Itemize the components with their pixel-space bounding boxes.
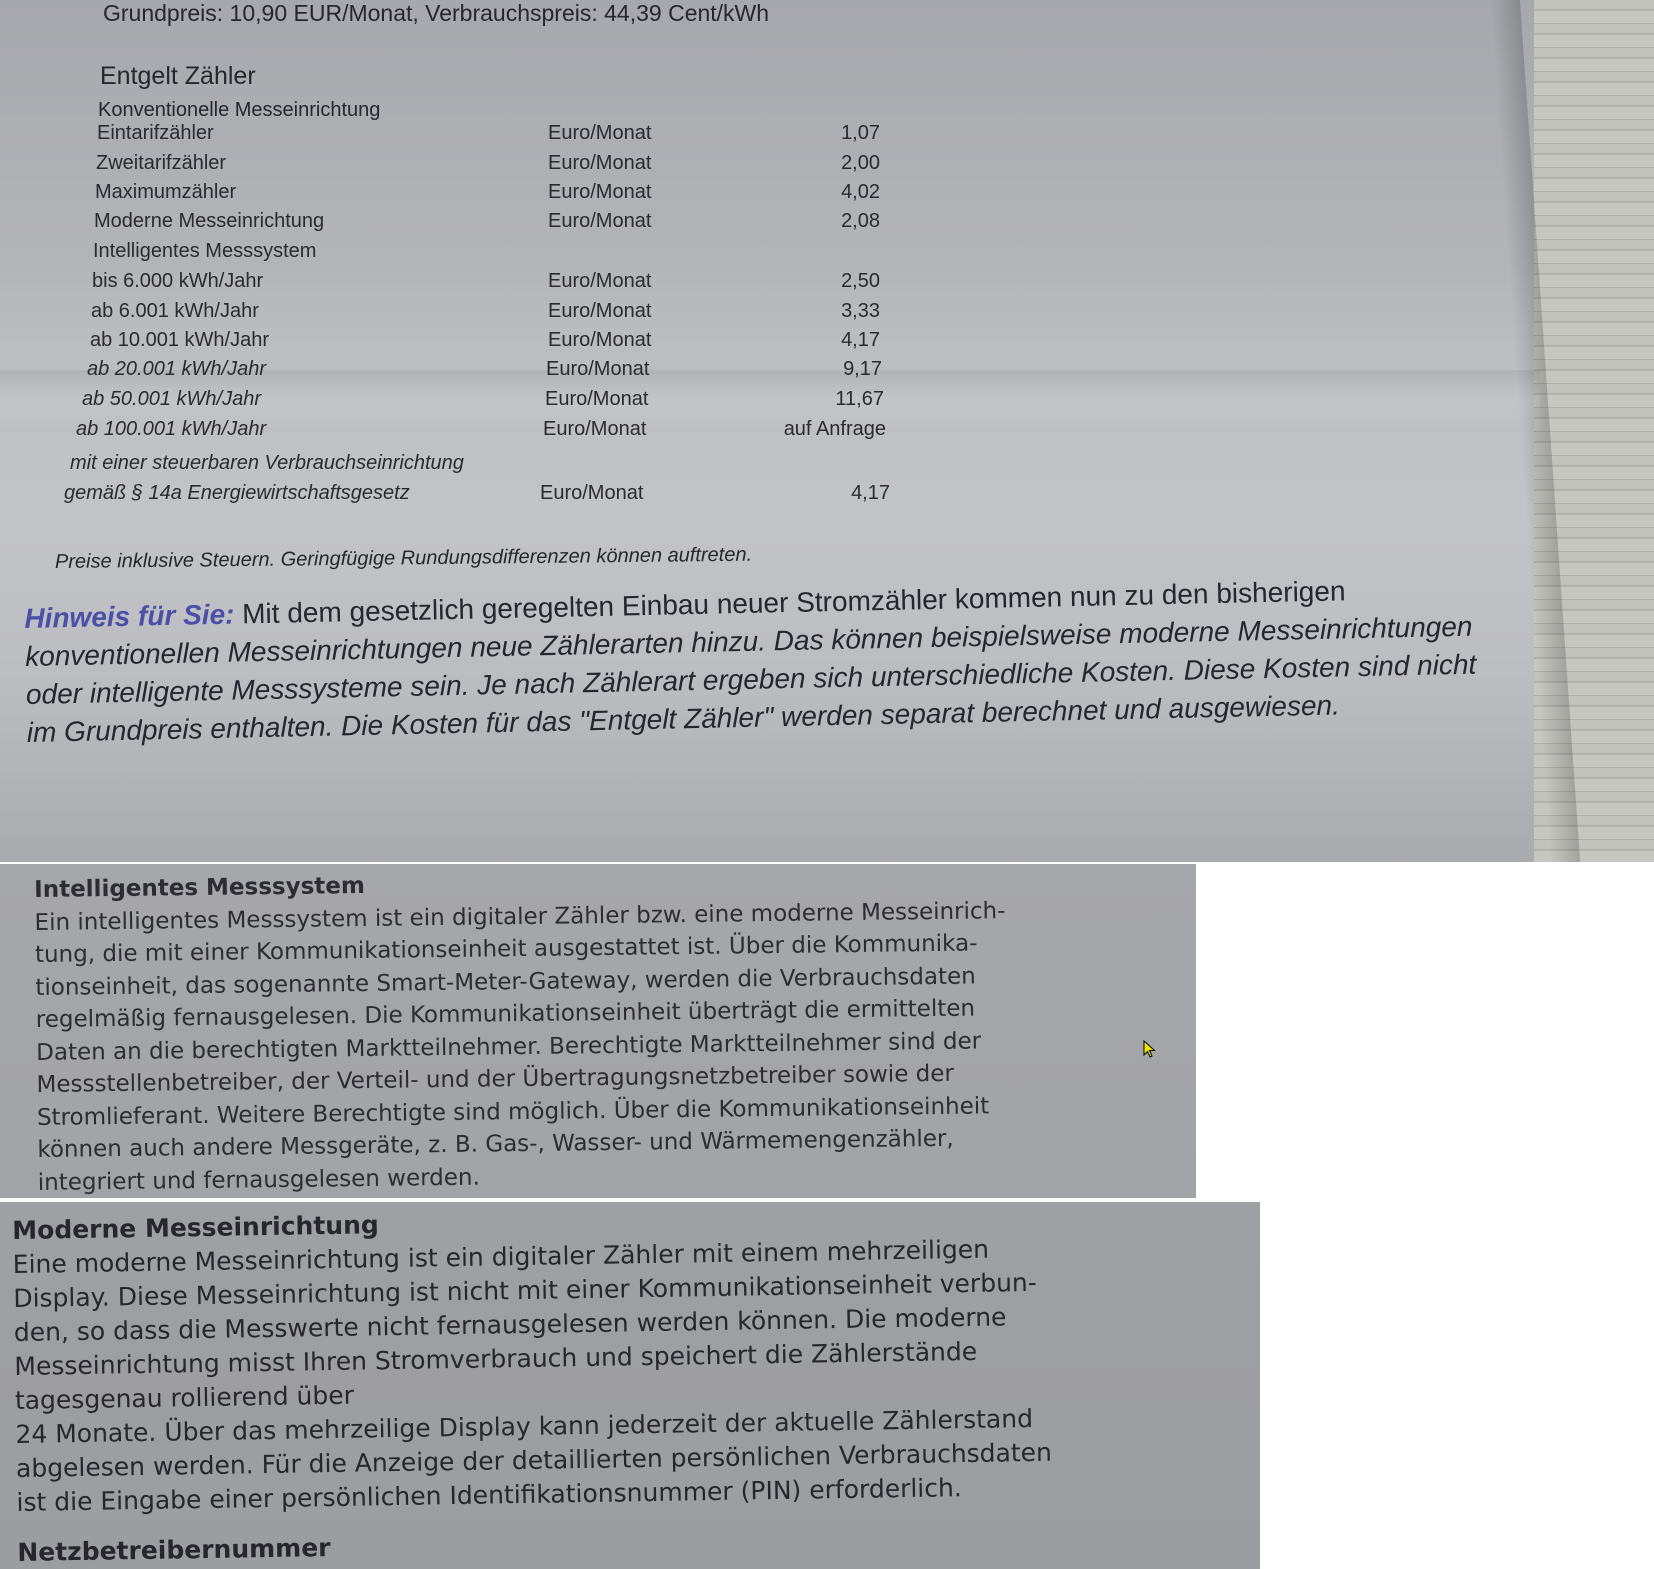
table-row: ab 6.001 kWh/JahrEuro/Monat3,33 [0, 300, 950, 328]
conventional-subheading: Konventionelle Messeinrichtung [98, 99, 380, 122]
row-label: Moderne Messeinrichtung [94, 210, 324, 233]
table-row: mit einer steuerbaren Verbrauchseinricht… [0, 452, 950, 480]
row-value: 4,02 [730, 181, 880, 204]
table-row: Moderne MesseinrichtungEuro/Monat2,08 [0, 210, 950, 238]
row-unit: Euro/Monat [548, 210, 651, 233]
row-label: bis 6.000 kWh/Jahr [92, 270, 263, 293]
row-label: Zweitarifzähler [96, 152, 226, 175]
meter-fee-heading: Entgelt Zähler [100, 62, 256, 91]
row-value: 1,07 [730, 122, 880, 145]
row-value: 4,17 [740, 482, 890, 505]
row-value: 3,33 [730, 300, 880, 323]
row-value: 11,67 [734, 388, 884, 411]
row-label: ab 6.001 kWh/Jahr [91, 300, 259, 323]
intelligent-system-text: Ein intelligentes Messsystem ist ein dig… [34, 892, 1196, 1198]
row-unit: Euro/Monat [543, 418, 646, 441]
row-label: ab 100.001 kWh/Jahr [76, 418, 266, 441]
row-label: mit einer steuerbaren Verbrauchseinricht… [70, 452, 464, 475]
row-value: 2,00 [730, 152, 880, 175]
table-row: Intelligentes Messsystem [0, 240, 950, 268]
row-value: 2,08 [730, 210, 880, 233]
network-operator-number-heading: Netzbetreibernummer [17, 1516, 1257, 1569]
row-label: Intelligentes Messsystem [93, 240, 316, 263]
row-unit: Euro/Monat [548, 300, 651, 323]
row-label: Eintarifzähler [97, 122, 214, 145]
row-unit: Euro/Monat [546, 358, 649, 381]
row-value: 9,17 [732, 358, 882, 381]
base-price-line: Grundpreis: 10,90 EUR/Monat, Verbrauchsp… [103, 0, 769, 27]
row-label: gemäß § 14a Energiewirtschaftsgesetz [64, 482, 410, 505]
row-value: 2,50 [730, 270, 880, 293]
intelligent-system-body: Intelligentes Messsystem Ein intelligent… [34, 864, 1196, 1198]
table-row: ZweitarifzählerEuro/Monat2,00 [0, 152, 950, 180]
row-unit: Euro/Monat [548, 329, 651, 352]
price-footnote: Preise inklusive Steuern. Geringfügige R… [55, 544, 752, 574]
price-sheet-photo: Grundpreis: 10,90 EUR/Monat, Verbrauchsp… [0, 0, 1654, 862]
row-unit: Euro/Monat [545, 388, 648, 411]
table-row: gemäß § 14a EnergiewirtschaftsgesetzEuro… [0, 482, 950, 510]
mouse-pointer-icon [1143, 1040, 1157, 1058]
row-value: 4,17 [730, 329, 880, 352]
row-unit: Euro/Monat [548, 152, 651, 175]
hint-label: Hinweis für Sie: [24, 599, 235, 634]
table-row: ab 10.001 kWh/JahrEuro/Monat4,17 [0, 329, 950, 357]
row-label: ab 50.001 kWh/Jahr [82, 388, 261, 411]
row-unit: Euro/Monat [548, 181, 651, 204]
row-label: ab 20.001 kWh/Jahr [87, 358, 266, 381]
row-value: auf Anfrage [736, 418, 886, 441]
modern-device-text: Eine moderne Messeinrichtung ist ein dig… [13, 1229, 1257, 1520]
table-row: ab 100.001 kWh/JahrEuro/Monatauf Anfrage [0, 418, 950, 446]
hint-paragraph: Hinweis für Sie: Mit dem gesetzlich gere… [24, 567, 1587, 752]
intelligent-system-section: Intelligentes Messsystem Ein intelligent… [0, 864, 1196, 1198]
row-unit: Euro/Monat [548, 122, 651, 145]
table-row: bis 6.000 kWh/JahrEuro/Monat2,50 [0, 270, 950, 298]
modern-device-body: Moderne Messeinrichtung Eine moderne Mes… [12, 1202, 1257, 1569]
table-row: ab 20.001 kWh/JahrEuro/Monat9,17 [0, 358, 950, 386]
row-label: Maximumzähler [95, 181, 236, 204]
table-row: EintarifzählerEuro/Monat1,07 [0, 122, 950, 150]
table-row: ab 50.001 kWh/JahrEuro/Monat11,67 [0, 388, 950, 416]
row-label: ab 10.001 kWh/Jahr [90, 329, 269, 352]
row-unit: Euro/Monat [548, 270, 651, 293]
row-unit: Euro/Monat [540, 482, 643, 505]
table-row: MaximumzählerEuro/Monat4,02 [0, 181, 950, 209]
modern-device-section: Moderne Messeinrichtung Eine moderne Mes… [0, 1202, 1260, 1569]
